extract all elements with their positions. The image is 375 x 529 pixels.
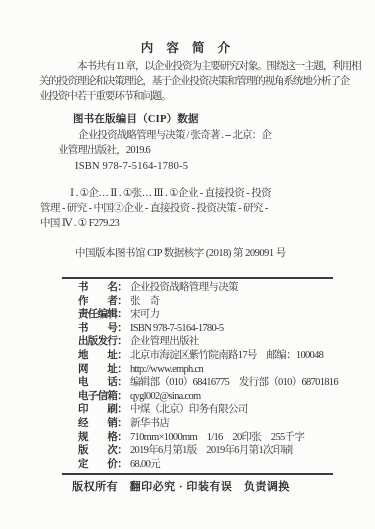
colophon-row-publisher: 出版发行：企业管理出版社	[78, 335, 358, 349]
colophon-row-website: 网 址：http://www.emph.cn	[78, 363, 358, 377]
cip-heading: 图书在版编目（CIP）数据	[73, 112, 338, 128]
colophon-row-address: 地 址：北京市海淀区紫竹院南路17号 邮编：100048	[78, 349, 358, 363]
classification-line: Ⅰ . ①企… Ⅱ . ①张… Ⅲ . ①企业 - 直接投资 - 投资	[70, 186, 340, 201]
colophon-row-author: 作 者：张 奇	[78, 295, 358, 309]
colophon-row-isbn: 书 号：ISBN 978-7-5164-1780-5	[78, 322, 358, 336]
classification-line: 中国 Ⅳ . ① F279.23	[40, 216, 340, 231]
row-value: qygl002@sina.com	[130, 391, 201, 402]
colophon-row-format: 规 格：710mm×1000mm 1/16 20印张 255千字	[78, 431, 358, 445]
row-value: 新华书店	[130, 418, 169, 429]
colophon-row-edition: 版 次：2019年6月第1版 2019年6月第1次印刷	[78, 444, 358, 458]
row-label: 经 销：	[78, 418, 127, 429]
row-value: 宋可力	[130, 309, 159, 320]
row-label: 书 号：	[78, 323, 127, 334]
cip-record-number: 中国版本图书馆 CIP 数据核字 (2018) 第 209091 号	[75, 245, 286, 260]
row-label: 印 刷：	[78, 404, 127, 415]
colophon-row-editor: 责任编辑：宋可力	[78, 308, 358, 322]
intro-paragraph-line: 本书共有 11 章，以企业投资为主要研究对象。围绕这一主题，利用相	[39, 59, 337, 74]
copyright-notice: 版权所有 翻印必究 · 印装有误 负责调换	[0, 478, 362, 494]
content-intro-section: 内 容 简 介 本书共有 11 章，以企业投资为主要研究对象。围绕这一主题，利用…	[39, 38, 337, 104]
colophon-row-distributor: 经 销：新华书店	[78, 417, 358, 431]
row-label: 责任编辑：	[78, 309, 127, 320]
row-label: 出版发行：	[78, 336, 127, 347]
row-value: 编辑部（010）68416775 发行部（010）68701816	[130, 377, 338, 388]
row-label: 网 址：	[78, 364, 127, 375]
row-value: 2019年6月第1版 2019年6月第1次印刷	[130, 445, 292, 456]
classification-line: 管理 - 研究 - 中国②企业 - 直接投资 - 投资决策 - 研究 -	[40, 201, 340, 216]
cip-entry-line: 业管理出版社，2019.6	[58, 143, 338, 159]
colophon-row-phone: 电 话：编辑部（010）68416775 发行部（010）68701816	[78, 376, 358, 390]
row-value: 北京市海淀区紫竹院南路17号 邮编：100048	[130, 350, 323, 361]
cip-isbn: ISBN 978-7-5164-1780-5	[75, 159, 338, 175]
row-value: ISBN 978-7-5164-1780-5	[130, 323, 223, 334]
cip-entry-line: 企业投资战略管理与决策 / 张奇著 . -- 北京：企	[78, 128, 338, 144]
row-value: 710mm×1000mm 1/16 20印张 255千字	[130, 432, 304, 443]
row-label: 电子信箱：	[78, 391, 127, 402]
intro-paragraph-line: 业投资中若干重要环节和问题。	[39, 89, 337, 104]
divider-rule-bottom	[62, 473, 333, 475]
row-value: 中煤（北京）印务有限公司	[130, 404, 248, 415]
row-label: 地 址：	[78, 350, 127, 361]
row-label: 作 者：	[78, 296, 127, 307]
colophon-row-email: 电子信箱：qygl002@sina.com	[78, 390, 358, 404]
book-copyright-page: 内 容 简 介 本书共有 11 章，以企业投资为主要研究对象。围绕这一主题，利用…	[0, 0, 375, 529]
cip-classification-section: Ⅰ . ①企… Ⅱ . ①张… Ⅲ . ①企业 - 直接投资 - 投资 管理 -…	[40, 186, 340, 231]
colophon-row-printer: 印 刷：中煤（北京）印务有限公司	[78, 403, 358, 417]
row-value: 企业管理出版社	[130, 336, 199, 347]
row-label: 电 话：	[78, 377, 127, 388]
row-value: 企业投资战略管理与决策	[130, 282, 238, 293]
divider-rule-top	[62, 277, 333, 279]
row-label: 书 名：	[78, 282, 127, 293]
intro-paragraph-line: 关的投资理论和决策理论，基于企业投资决策和管理的视角系统地分析了企	[39, 74, 337, 89]
colophon-row-title: 书 名：企业投资战略管理与决策	[78, 281, 358, 295]
row-value: http://www.emph.cn	[130, 364, 203, 375]
cip-data-section: 图书在版编目（CIP）数据 企业投资战略管理与决策 / 张奇著 . -- 北京：…	[58, 112, 338, 174]
colophon-row-price: 定 价：68.00元	[78, 458, 358, 472]
row-label: 版 次：	[78, 445, 127, 456]
row-value: 68.00元	[130, 459, 160, 470]
colophon-table: 书 名：企业投资战略管理与决策 作 者：张 奇 责任编辑：宋可力 书 号：ISB…	[78, 281, 358, 471]
row-label: 规 格：	[78, 432, 127, 443]
intro-title: 内 容 简 介	[39, 38, 337, 56]
row-label: 定 价：	[78, 459, 127, 470]
row-value: 张 奇	[130, 296, 159, 307]
